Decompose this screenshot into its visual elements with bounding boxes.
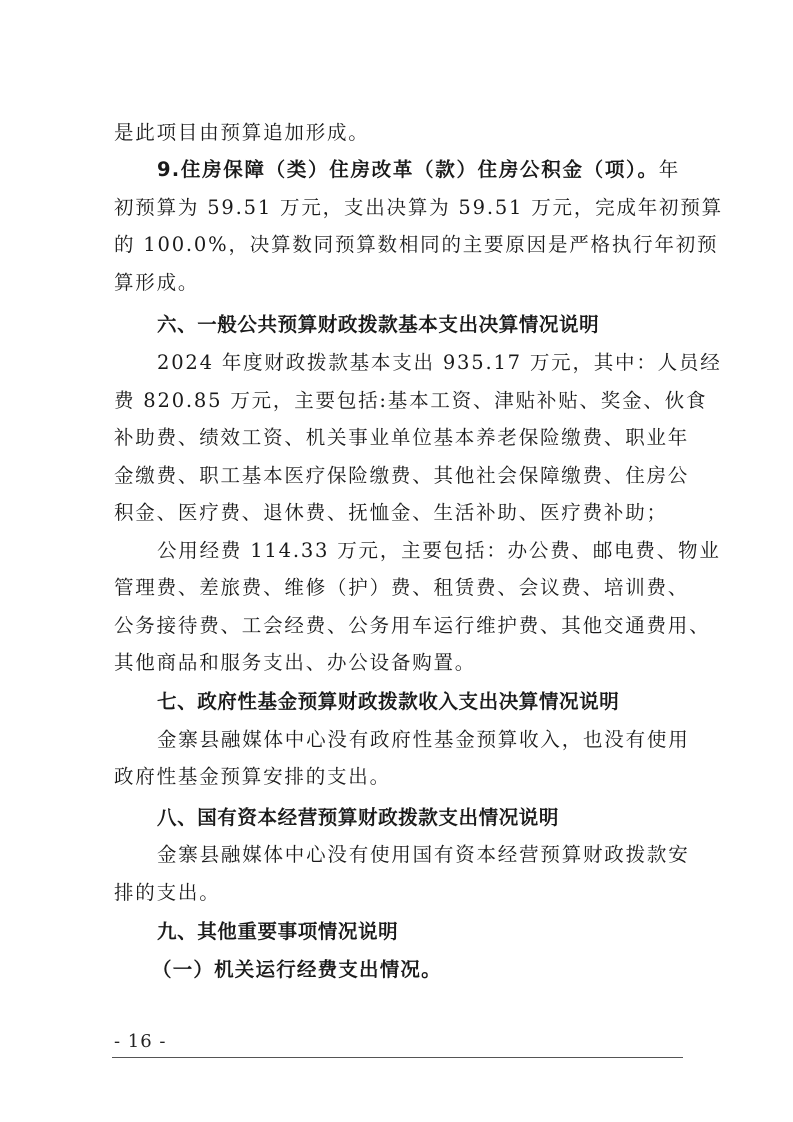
section-7-heading: 七、政府性基金预算财政拨款收入支出决算情况说明 xyxy=(157,683,619,721)
body-text: 是此项目由预算追加形成。 xyxy=(114,121,370,144)
paragraph-line: 的 100.0%，决算数同预算数相同的主要原因是严格执行年初预 xyxy=(114,226,680,264)
paragraph-line: 是此项目由预算追加形成。 xyxy=(114,114,370,152)
section-6-heading: 六、一般公共预算财政拨款基本支出决算情况说明 xyxy=(157,306,599,344)
paragraph-line: 公用经费 114.33 万元，主要包括：办公费、邮电费、物业 xyxy=(157,532,680,570)
paragraph-line: 管理费、差旅费、维修（护）费、租赁费、会议费、培训费、 xyxy=(114,569,680,607)
paragraph-line: 金寨县融媒体中心没有政府性基金预算收入，也没有使用 xyxy=(157,721,680,759)
paragraph-line: 排的支出。 xyxy=(114,874,221,912)
paragraph-line: 费 820.85 万元，主要包括:基本工资、津贴补贴、奖金、伙食 xyxy=(114,382,680,420)
paragraph-line: 积金、医疗费、退休费、抚恤金、生活补助、医疗费补助； xyxy=(114,494,668,532)
paragraph-line: 2024 年度财政拨款基本支出 935.17 万元，其中：人员经 xyxy=(157,344,680,382)
paragraph-line: 算形成。 xyxy=(114,264,199,302)
paragraph-line: 补助费、绩效工资、机关事业单位基本养老保险缴费、职业年 xyxy=(114,419,680,457)
paragraph-line: 金寨县融媒体中心没有使用国有资本经营预算财政拨款安 xyxy=(157,836,680,874)
item-9-heading-line: 9.住房保障（类）住房改革（款）住房公积金（项）。年 xyxy=(157,151,680,189)
item-9-heading: 9.住房保障（类）住房改革（款）住房公积金（项）。 xyxy=(157,158,659,181)
body-text: 年 xyxy=(659,158,680,181)
section-9-subheading: （一）机关运行经费支出情况。 xyxy=(152,951,442,989)
body-text: 的 100.0%，决算数同预算数相同的主要原因是严格执行年初预 xyxy=(114,233,718,256)
body-text: 初预算为 59.51 万元，支出决算为 59.51 万元，完成年初预算 xyxy=(114,196,723,219)
paragraph-line: 政府性基金预算安排的支出。 xyxy=(114,758,391,796)
paragraph-line: 公务接待费、工会经费、公务用车运行维护费、其他交通费用、 xyxy=(114,607,680,645)
section-8-heading: 八、国有资本经营预算财政拨款支出情况说明 xyxy=(157,799,559,837)
paragraph-line: 金缴费、职工基本医疗保险缴费、其他社会保障缴费、住房公 xyxy=(114,457,680,495)
body-text: 算形成。 xyxy=(114,271,199,294)
section-9-heading: 九、其他重要事项情况说明 xyxy=(157,913,398,951)
page-number: - 16 - xyxy=(114,1031,167,1052)
paragraph-line: 初预算为 59.51 万元，支出决算为 59.51 万元，完成年初预算 xyxy=(114,189,680,227)
paragraph-line: 其他商品和服务支出、办公设备购置。 xyxy=(114,644,476,682)
footer-divider xyxy=(112,1057,683,1058)
